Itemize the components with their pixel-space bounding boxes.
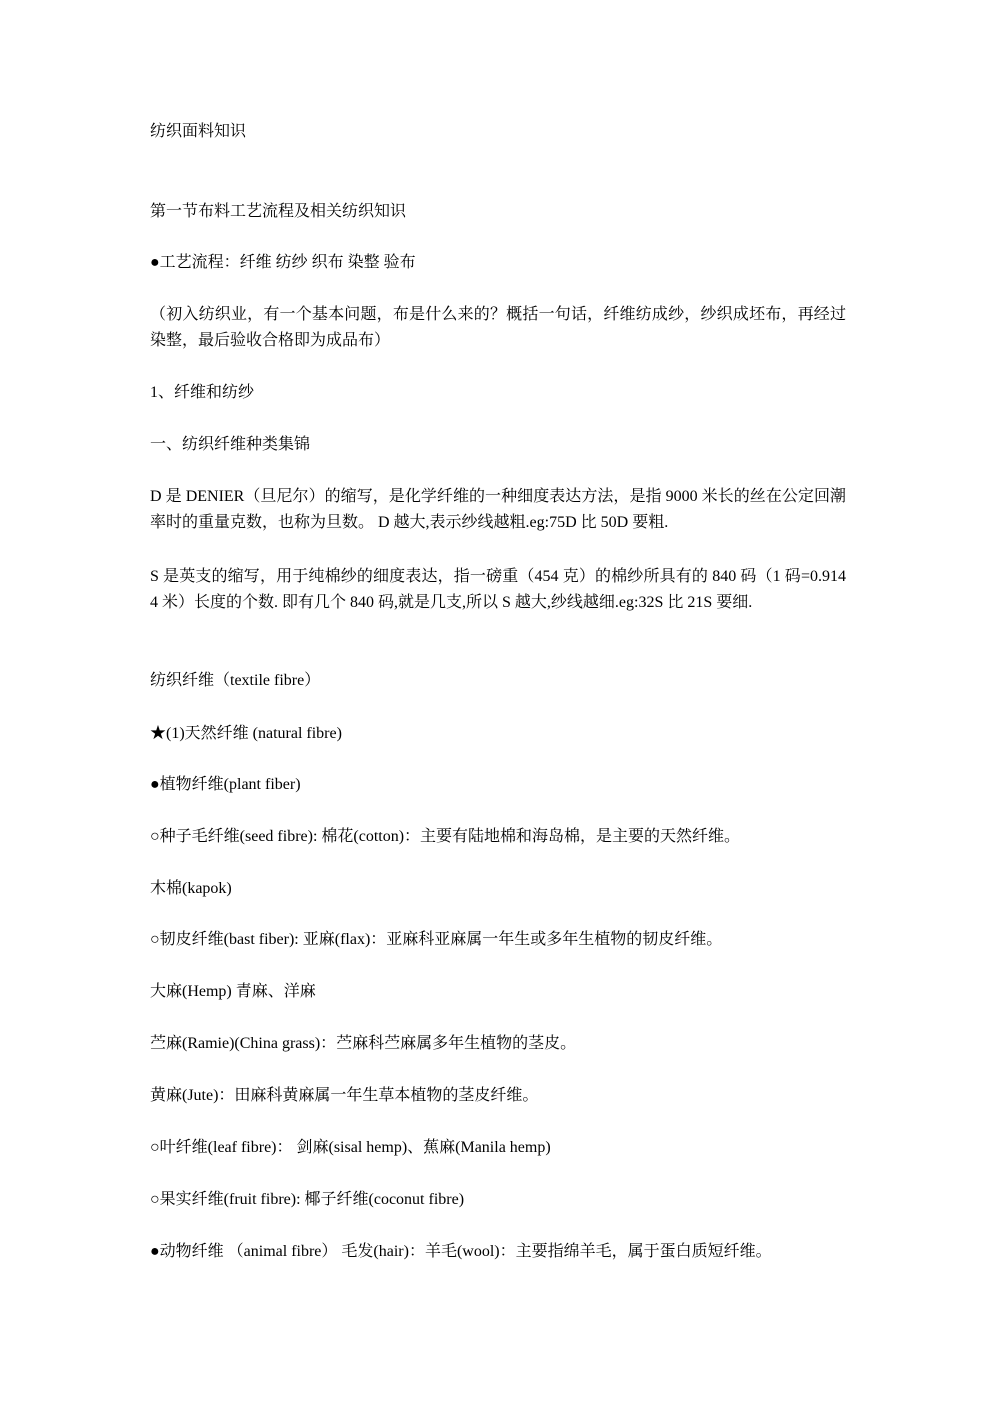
line-seed-fibre: ○种子毛纤维(seed fibre): 棉花(cotton)：主要有陆地棉和海岛… — [150, 824, 846, 850]
line-bast-fiber: ○韧皮纤维(bast fiber): 亚麻(flax)：亚麻科亚麻属一年生或多年… — [150, 927, 846, 953]
line-ramie: 苎麻(Ramie)(China grass)：苎麻科苎麻属多年生植物的茎皮。 — [150, 1031, 846, 1057]
line-animal-fibre: ●动物纤维 （animal fibre） 毛发(hair)：羊毛(wool)：主… — [150, 1239, 846, 1265]
subsection-fibre-and-spinning: 1、纤维和纺纱 — [150, 380, 846, 406]
intro-paragraph: （初入纺织业，有一个基本问题，布是什么来的？概括一句话，纤维纺成纱，纱织成坯布，… — [150, 302, 846, 354]
section-heading: 第一节布料工艺流程及相关纺织知识 — [150, 199, 846, 225]
document-title: 纺织面料知识 — [150, 119, 846, 145]
denier-paragraph: D 是 DENIER（旦尼尔）的缩写，是化学纤维的一种细度表达方法，是指 900… — [150, 484, 846, 536]
count-paragraph: S 是英支的缩写，用于纯棉纱的细度表达，指一磅重（454 克）的棉纱所具有的 8… — [150, 564, 846, 616]
process-line: ●工艺流程：纤维 纺纱 织布 染整 验布 — [150, 250, 846, 276]
line-plant-fiber: ●植物纤维(plant fiber) — [150, 772, 846, 798]
line-kapok: 木棉(kapok) — [150, 876, 846, 902]
line-natural-fibre: ★(1)天然纤维 (natural fibre) — [150, 721, 846, 747]
line-textile-fibre: 纺织纤维（textile fibre） — [150, 668, 846, 694]
line-hemp: 大麻(Hemp) 青麻、洋麻 — [150, 979, 846, 1005]
subsection-fibre-types: 一、纺织纤维种类集锦 — [150, 432, 846, 458]
line-jute: 黄麻(Jute)：田麻科黄麻属一年生草本植物的茎皮纤维。 — [150, 1083, 846, 1109]
line-leaf-fibre: ○叶纤维(leaf fibre)： 剑麻(sisal hemp)、蕉麻(Mani… — [150, 1135, 846, 1161]
line-fruit-fibre: ○果实纤维(fruit fibre): 椰子纤维(coconut fibre) — [150, 1187, 846, 1213]
